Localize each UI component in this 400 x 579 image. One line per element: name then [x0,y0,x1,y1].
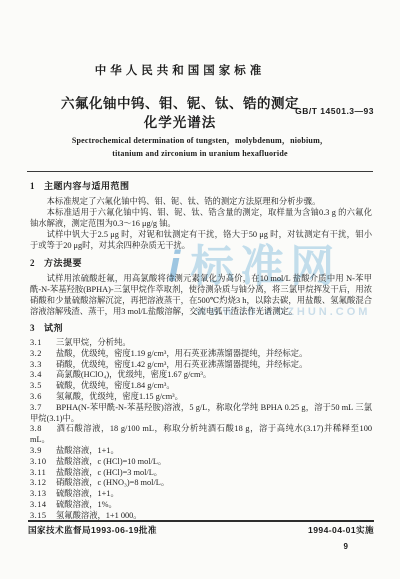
reagent-item: 3.2盐酸，优级纯，密度1.19 g/cm³，用石英亚沸蒸馏器提纯，并经标定。 [30,349,372,360]
section-3-heading: 3试剂 [30,322,372,334]
reagent-text: 氢氟酸，优级纯，密度1.15 g/cm³。 [56,392,183,401]
section-2-heading: 2方法提要 [30,257,372,269]
reagent-item: 3.6氢氟酸，优级纯，密度1.15 g/cm³。 [30,392,372,403]
document-page: i标准网 WWW.IBIAOZHUN.COM 中华人民共和国国家标准 六氟化铀中… [0,0,400,579]
reagent-item: 3.10盐酸溶液，c (HCl)=10 mol/L。 [30,457,372,468]
reagent-number: 3.4 [30,370,50,381]
reagent-number: 3.6 [30,392,50,403]
reagent-item: 3.7BPHA(N-苯甲酰-N-苯基羟胺)溶液，5 g/L，称取化学纯 BPHA… [30,403,372,425]
standard-caption: 中华人民共和国国家标准 [30,62,330,78]
section-3-title: 试剂 [44,323,63,333]
reagent-text: BPHA(N-苯甲酰-N-苯基羟胺)溶液，5 g/L，称取化学纯 BPHA 0.… [30,403,372,423]
reagent-number: 3.12 [30,478,50,489]
reagent-item: 3.9盐酸溶液，1+1。 [30,446,372,457]
section-1-number: 1 [30,181,35,191]
reagent-text: 酒石酸溶液，18 g/100 mL，称取分析纯酒石酸18 g，溶于高纯水(3.1… [30,424,372,444]
document-body: 1主题内容与适用范围 本标准规定了六氟化铀中钨、钼、铌、钛、锆的测定方法原理和分… [30,180,372,522]
reagent-text: 硝酸溶液，c (HNO₃)=8 mol/L。 [56,478,169,487]
reagent-number: 3.5 [30,381,50,392]
reagent-number: 3.7 [30,403,50,414]
implementation-note: 1994-04-01实施 [308,524,374,536]
reagent-item: 3.5硫酸，优级纯，密度1.84 g/cm³。 [30,381,372,392]
section-2-paragraph: 试样用浓硫酸赶氟，用高氯酸将待测元素氧化为高价，在10 mol/L 盐酸介质中用… [30,273,372,317]
section-3-number: 3 [30,323,35,333]
reagent-text: 硫酸溶液，1%。 [56,500,117,509]
document-title-line1: 六氟化铀中钨、钼、铌、钛、锆的测定 [20,92,340,112]
section-2-number: 2 [30,258,35,268]
reagent-number: 3.9 [30,446,50,457]
reagent-text: 盐酸，优级纯，密度1.19 g/cm³，用石英亚沸蒸馏器提纯，并经标定。 [56,349,307,358]
section-1-heading: 1主题内容与适用范围 [30,180,372,192]
reagent-item: 3.12硝酸溶液，c (HNO₃)=8 mol/L。 [30,478,372,489]
header-divider [27,171,373,172]
reagent-text: 高氯酸(HClO₄)，优级纯，密度1.67 g/cm³。 [56,370,211,379]
page-number: 9 [344,542,348,551]
reagent-text: 盐酸溶液，c (HCl)=3 mol/L。 [56,468,162,477]
reagent-text: 氢氟酸溶液，1+1 000。 [56,511,142,520]
reagent-item: 3.1三氯甲烷，分析纯。 [30,338,372,349]
reagent-text: 硫酸，优级纯，密度1.84 g/cm³。 [56,381,175,390]
reagent-item: 3.14硫酸溶液，1%。 [30,500,372,511]
section-2-title: 方法提要 [44,258,82,268]
reagent-text: 硝酸，优级纯，密度1.42 g/cm³，用石英亚沸蒸馏器提纯，并经标定。 [56,360,307,369]
section-1-title: 主题内容与适用范围 [44,181,130,191]
section-1-paragraph: 试样中钒大于2.5 μg 时，对铌和钛测定有干扰，铬大于50 μg 时，对钛测定… [30,229,372,251]
reagent-number: 3.2 [30,349,50,360]
reagent-text: 盐酸溶液，c (HCl)=10 mol/L。 [56,457,166,466]
section-1-paragraph: 本标准规定了六氟化铀中钨、钼、铌、钛、锆的测定方法原理和分析步骤。 [30,196,372,207]
footer-divider [28,520,374,522]
reagent-text: 盐酸溶液，1+1。 [56,446,119,455]
reagent-text: 三氯甲烷，分析纯。 [56,338,131,347]
english-title-line2: titanium and zirconium in uranium hexafl… [0,147,400,160]
english-title-line1: Spectrochemical determination of tungste… [0,134,400,147]
standard-code: GB/T 14501.3—93 [295,106,374,116]
reagent-number: 3.3 [30,360,50,371]
reagent-number: 3.1 [30,338,50,349]
reagent-item: 3.4高氯酸(HClO₄)，优级纯，密度1.67 g/cm³。 [30,370,372,381]
reagent-number: 3.13 [30,489,50,500]
reagent-item: 3.11盐酸溶液，c (HCl)=3 mol/L。 [30,468,372,479]
document-title-line2: 化学光谱法 [20,111,340,131]
reagent-item: 3.3硝酸，优级纯，密度1.42 g/cm³，用石英亚沸蒸馏器提纯，并经标定。 [30,360,372,371]
document-footer: 国家技术监督局1993-06-19批准 1994-04-01实施 [28,524,374,536]
reagent-item: 3.13硫酸溶液，1+1。 [30,489,372,500]
reagent-item: 3.8酒石酸溶液，18 g/100 mL，称取分析纯酒石酸18 g，溶于高纯水(… [30,424,372,446]
reagent-number: 3.10 [30,457,50,468]
reagent-number: 3.14 [30,500,50,511]
english-title: Spectrochemical determination of tungste… [0,134,400,160]
reagent-number: 3.8 [30,424,50,435]
reagent-number: 3.11 [30,468,50,479]
section-1-paragraph: 本标准适用于六氟化铀中钨、钼、铌、钛、锆含量的测定，取样量为含铀0.3 g 的六… [30,207,372,229]
reagent-list: 3.1三氯甲烷，分析纯。 3.2盐酸，优级纯，密度1.19 g/cm³，用石英亚… [30,338,372,522]
approval-note: 国家技术监督局1993-06-19批准 [28,524,157,536]
reagent-text: 硫酸溶液，1+1。 [56,489,119,498]
